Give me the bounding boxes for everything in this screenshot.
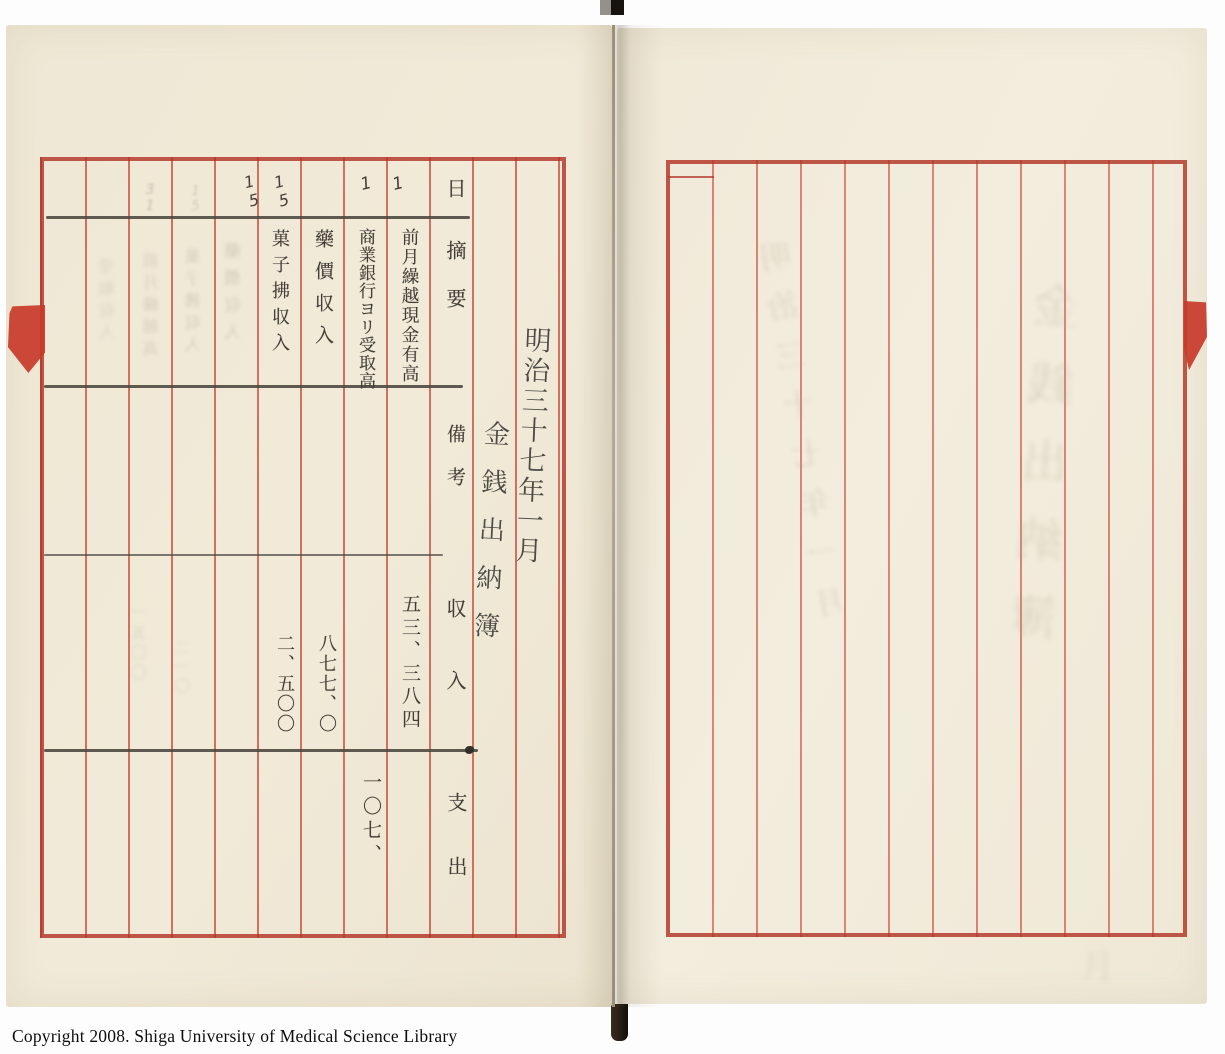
spine-top-grey-strip: [600, 0, 611, 15]
row-line-remarks: [44, 554, 443, 556]
entry-4-income-amount: 二、五〇〇: [271, 634, 297, 734]
ghost-number-1: 一五〇〇: [128, 604, 151, 684]
spine-top-binding: [611, 0, 624, 15]
entry-3-description: 藥價収入: [310, 229, 337, 357]
entry-2-expenditure-amount: 一〇七、: [358, 772, 385, 868]
ghost-column-1: 藥價収入: [222, 242, 247, 350]
ghost-column-4: 受取収入: [96, 258, 119, 346]
entry-2-description: 商業銀行ヨリ受取高: [353, 228, 378, 390]
header-income: 収入: [441, 598, 470, 742]
ghost-number-2: 二一〇: [172, 640, 193, 697]
header-summary: 摘要: [441, 240, 470, 336]
gutter-seam: [612, 25, 615, 1007]
entry-4-description: 菓子拂収入: [266, 229, 292, 359]
entry-3-income-amount: 八七七、〇: [313, 634, 339, 734]
right-frame-double-line: [668, 176, 714, 178]
row-line-day: [46, 216, 470, 219]
document-scan: 日 摘要 備考 収入 支出 明治三十七年一月 金銭出納簿 1 前月繰越現金有高 …: [0, 0, 1225, 1054]
entry-1-description: 前月繰越現金有高: [397, 228, 422, 384]
header-day: 日: [441, 178, 470, 198]
row-line-income: [44, 749, 478, 752]
header-expenditure: 支出: [442, 792, 471, 920]
ghost-day-mark: 31: [142, 182, 158, 214]
copyright-caption: Copyright 2008. Shiga University of Medi…: [12, 1026, 457, 1047]
ghost-column-3: 前月繰越高: [140, 252, 163, 362]
ghost-corner-mark: 月: [1070, 948, 1119, 982]
ghost-column-2: 菓子拂収入: [182, 248, 205, 358]
entry-1-income-amount: 五三、三八四: [397, 594, 424, 732]
spine-bottom-binding-rod: [611, 1004, 628, 1041]
row-line-summary: [44, 385, 463, 388]
ghost-day-mark-2: 15: [188, 184, 203, 214]
header-remarks: 備考: [442, 424, 469, 510]
right-page-ruled-frame: [666, 160, 1187, 937]
